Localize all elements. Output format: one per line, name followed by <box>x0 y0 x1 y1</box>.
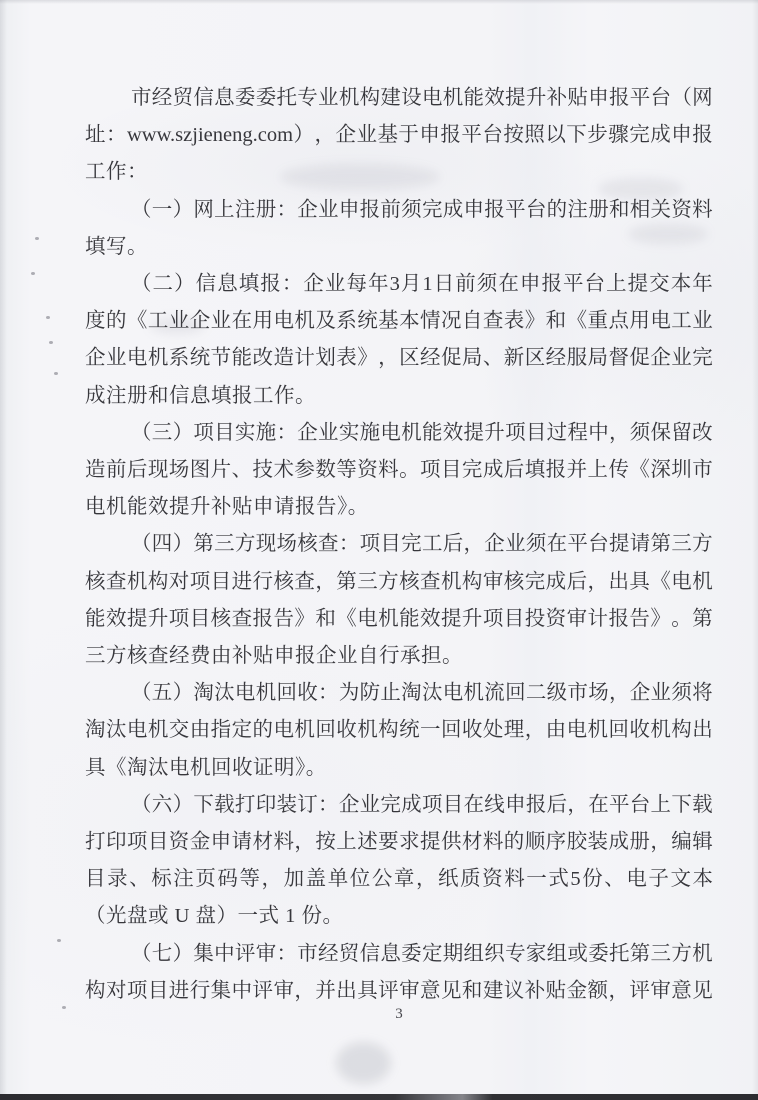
text-line: 电机能效提升补贴申请报告》。 <box>85 493 713 523</box>
text-line: （五）淘汰电机回收：为防止淘汰电机流回二级市场，企业须将 <box>85 679 713 709</box>
text-line: （二）信息填报：企业每年3月1日前须在申报平台上提交本年 <box>85 270 713 300</box>
text-line: 目录、标注页码等，加盖单位公章，纸质资料一式5份、电子文本 <box>85 865 713 895</box>
page-number: 3 <box>85 1006 713 1023</box>
text-line: 市经贸信息委委托专业机构建设电机能效提升补贴申报平台（网 <box>85 84 713 114</box>
text-line: 核查机构对项目进行核查，第三方核查机构审核完成后，出具《电机 <box>85 568 713 598</box>
text-line: （六）下载打印装订：企业完成项目在线申报后，在平台上下载 <box>85 791 713 821</box>
text-line: （三）项目实施：企业实施电机能效提升项目过程中，须保留改 <box>85 419 713 449</box>
text-line: （四）第三方现场核查：项目完工后，企业须在平台提请第三方 <box>85 530 713 560</box>
text-line: 企业电机系统节能改造计划表》，区经促局、新区经服局督促企业完 <box>85 344 713 374</box>
text-line: 具《淘汰电机回收证明》。 <box>85 754 713 784</box>
text-line: （七）集中评审：市经贸信息委定期组织专家组或委托第三方机 <box>85 940 713 970</box>
text-line: 构对项目进行集中评审，并出具评审意见和建议补贴金额，评审意见 <box>85 977 713 1007</box>
text-line: 打印项目资金申请材料，按上述要求提供材料的顺序胶装成册，编辑 <box>85 828 713 858</box>
text-line: 度的《工业企业在用电机及系统基本情况自查表》和《重点用电工业 <box>85 307 713 337</box>
text-line: 造前后现场图片、技术参数等资料。项目完成后填报并上传《深圳市 <box>85 456 713 486</box>
text-line: 填写。 <box>85 233 713 263</box>
text-line: （光盘或 U 盘）一式 1 份。 <box>85 902 713 932</box>
scanned-document-page: 市经贸信息委委托专业机构建设电机能效提升补贴申报平台（网址：www.szjien… <box>0 0 758 1100</box>
text-line: 成注册和信息填报工作。 <box>85 382 713 412</box>
text-line: （一）网上注册：企业申报前须完成申报平台的注册和相关资料 <box>85 196 713 226</box>
text-line: 址：www.szjieneng.com），企业基于申报平台按照以下步骤完成申报 <box>85 121 713 151</box>
text-line: 三方核查经费由补贴申报企业自行承担。 <box>85 642 713 672</box>
text-line: 能效提升项目核查报告》和《电机能效提升项目投资审计报告》。第 <box>85 605 713 635</box>
document-text: 市经贸信息委委托专业机构建设电机能效提升补贴申报平台（网址：www.szjien… <box>0 0 758 1100</box>
text-line: 工作： <box>85 158 713 188</box>
text-line: 淘汰电机交由指定的电机回收机构统一回收处理，由电机回收机构出 <box>85 716 713 746</box>
